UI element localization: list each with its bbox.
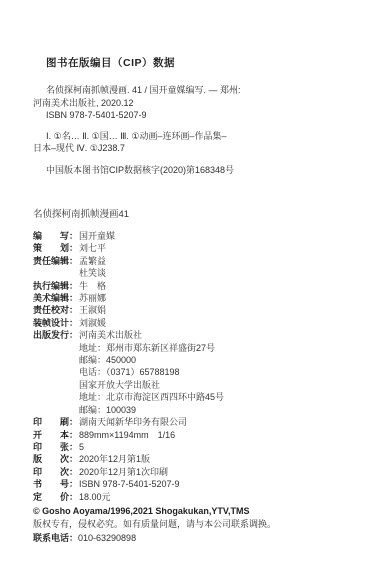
cip-isbn: ISBN 978-7-5401-5207-9 bbox=[46, 109, 349, 122]
credit-value: 牛 格 bbox=[79, 281, 106, 291]
credit-value: 刘淑媛 bbox=[79, 318, 106, 328]
credit-row: 定 价：18.00元 bbox=[33, 491, 349, 503]
credit-value: 18.00元 bbox=[79, 492, 111, 502]
rights-notice: 版权专有，侵权必究。如有质量问题，请与本公司联系调换。 bbox=[33, 518, 349, 532]
credit-row: 装帧设计：刘淑媛 bbox=[33, 317, 349, 329]
credit-label: 版 次： bbox=[33, 453, 79, 465]
credit-label: 印 张： bbox=[33, 441, 79, 453]
credit-value: 湖南天闻新华印务有限公司 bbox=[79, 417, 187, 427]
credit-row: 杜笑谈 bbox=[33, 267, 349, 279]
credit-label: 策 划： bbox=[33, 242, 79, 254]
credit-row: 国家开放大学出版社 bbox=[33, 379, 349, 391]
credit-label: 出版发行： bbox=[33, 329, 79, 341]
contact-line: 联系电话：010-63290898 bbox=[33, 532, 349, 546]
credit-value: 孟繁益 bbox=[79, 256, 106, 266]
credit-label: 执行编辑： bbox=[33, 280, 79, 292]
cip-record-line-1: 名侦探柯南抓帧漫画. 41 / 国开童媒编写. — 郑州: bbox=[46, 84, 349, 97]
credit-value: 刘七平 bbox=[79, 243, 106, 253]
contact-label: 联系电话： bbox=[33, 533, 78, 543]
cip-classification-line-2: 日本–现代 Ⅳ. ①J238.7 bbox=[33, 142, 349, 155]
credit-row: 策 划：刘七平 bbox=[33, 242, 349, 254]
credit-row: 印 张：5 bbox=[33, 441, 349, 453]
credit-value: 邮编：450000 bbox=[79, 355, 136, 365]
credit-label: 责任校对： bbox=[33, 304, 79, 316]
credit-row: 地址：郑州市郑东新区祥盛街27号 bbox=[33, 342, 349, 354]
credit-row: 出版发行：河南美术出版社 bbox=[33, 329, 349, 341]
credit-label: 印 次： bbox=[33, 466, 79, 478]
credit-value: 王淑娟 bbox=[79, 305, 106, 315]
credit-value: ISBN 978-7-5401-5207-9 bbox=[79, 479, 180, 489]
credit-label: 印 刷： bbox=[33, 416, 79, 428]
cip-record: 名侦探柯南抓帧漫画. 41 / 国开童媒编写. — 郑州: 河南美术出版社, 2… bbox=[33, 84, 349, 109]
credit-row: 邮编：450000 bbox=[33, 354, 349, 366]
credit-row: 执行编辑：牛 格 bbox=[33, 280, 349, 292]
book-title: 名侦探柯南抓帧漫画41 bbox=[33, 208, 349, 221]
copyright-line: © Gosho Aoyama/1996,2021 Shogakukan,YTV,… bbox=[33, 505, 349, 519]
credit-label: 美术编辑： bbox=[33, 292, 79, 304]
credit-value: 5 bbox=[79, 442, 84, 452]
credit-value: 2020年12月第1次印刷 bbox=[79, 467, 168, 477]
credit-value: 邮编：100039 bbox=[79, 405, 136, 415]
cip-record-line-2: 河南美术出版社, 2020.12 bbox=[33, 97, 349, 110]
credit-label: 编 写： bbox=[33, 230, 79, 242]
credit-row: 电话：（0371）65788198 bbox=[33, 366, 349, 378]
credit-label: 书 号： bbox=[33, 478, 79, 490]
credit-value: 河南美术出版社 bbox=[79, 330, 142, 340]
credit-value: 国开童媒 bbox=[79, 231, 115, 241]
credit-value: 889mm×1194mm 1/16 bbox=[79, 430, 175, 440]
footer: © Gosho Aoyama/1996,2021 Shogakukan,YTV,… bbox=[33, 505, 349, 546]
credit-value: 电话：（0371）65788198 bbox=[79, 367, 180, 377]
cip-classification-line-1: Ⅰ. ①名… Ⅱ. ①国… Ⅲ. ①动画–连环画–作品集– bbox=[46, 130, 349, 143]
credit-value: 苏丽娜 bbox=[79, 293, 106, 303]
credit-row: 责任校对：王淑娟 bbox=[33, 304, 349, 316]
credit-label: 装帧设计： bbox=[33, 317, 79, 329]
credit-row: 美术编辑：苏丽娜 bbox=[33, 292, 349, 304]
credit-value: 地址：郑州市郑东新区祥盛街27号 bbox=[79, 343, 215, 353]
credit-value: 国家开放大学出版社 bbox=[79, 380, 160, 390]
credit-row: 地址：北京市海淀区西四环中路45号 bbox=[33, 391, 349, 403]
credit-row: 版 次：2020年12月第1版 bbox=[33, 453, 349, 465]
credit-row: 开 本：889mm×1194mm 1/16 bbox=[33, 429, 349, 441]
contact-number: 010-63290898 bbox=[78, 533, 136, 543]
credit-row: 邮编：100039 bbox=[33, 404, 349, 416]
credit-row: 印 次：2020年12月第1次印刷 bbox=[33, 466, 349, 478]
credit-row: 印 刷：湖南天闻新华印务有限公司 bbox=[33, 416, 349, 428]
cip-classification: Ⅰ. ①名… Ⅱ. ①国… Ⅲ. ①动画–连环画–作品集– 日本–现代 Ⅳ. ①… bbox=[33, 130, 349, 155]
credits-list: 编 写：国开童媒策 划：刘七平责任编辑：孟繁益杜笑谈执行编辑：牛 格美术编辑：苏… bbox=[33, 230, 349, 503]
copyright-page: 图书在版编目（CIP）数据 名侦探柯南抓帧漫画. 41 / 国开童媒编写. — … bbox=[0, 0, 375, 575]
cip-heading: 图书在版编目（CIP）数据 bbox=[46, 55, 349, 70]
cip-registry-number: 中国版本图书馆CIP数据核字(2020)第168348号 bbox=[46, 164, 349, 177]
credit-label: 责任编辑： bbox=[33, 255, 79, 267]
credit-value: 地址：北京市海淀区西四环中路45号 bbox=[79, 392, 224, 402]
credit-value: 2020年12月第1版 bbox=[79, 454, 150, 464]
credit-row: 书 号：ISBN 978-7-5401-5207-9 bbox=[33, 478, 349, 490]
credit-value: 杜笑谈 bbox=[79, 268, 106, 278]
credit-label: 开 本： bbox=[33, 429, 79, 441]
credit-row: 责任编辑：孟繁益 bbox=[33, 255, 349, 267]
credit-label: 定 价： bbox=[33, 491, 79, 503]
credit-row: 编 写：国开童媒 bbox=[33, 230, 349, 242]
